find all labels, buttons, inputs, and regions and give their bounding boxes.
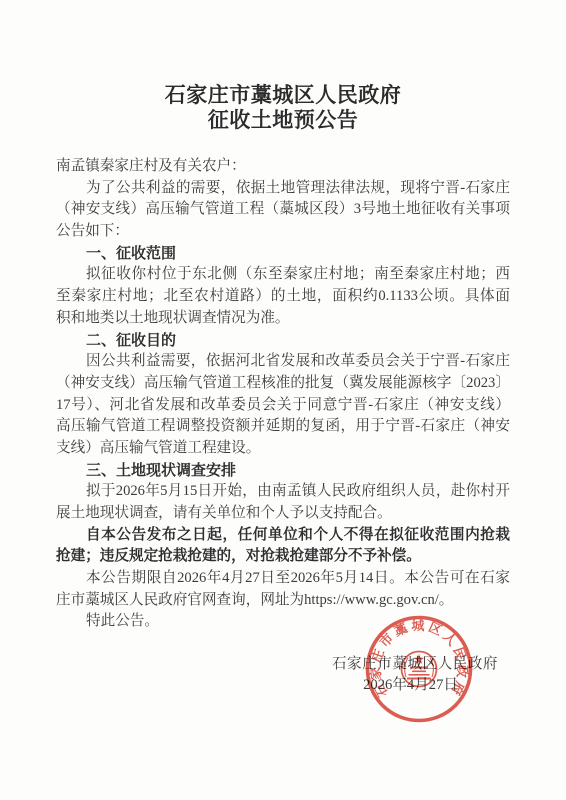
paragraph: 因公共利益需要，依据河北省发展和改革委员会关于宁晋-石家庄（神安支线）高压输气管…	[56, 351, 510, 459]
text-line: 17号）、河北省发展和改革委员会关于同意宁晋-石家庄（神安支线）	[56, 395, 510, 417]
text-line: 一、征收范围	[56, 243, 510, 265]
signature: 石家庄市藁城区人民政府	[56, 654, 510, 676]
text-line: 二、征收目的	[56, 330, 510, 352]
paragraphs-container: 为了公共利益的需要，依据土地管理法律法规，现将宁晋-石家庄（神安支线）高压输气管…	[56, 178, 510, 633]
text-line: 因公共利益需要，依据河北省发展和改革委员会关于宁晋-石家庄	[56, 351, 510, 373]
text-line: （神安支线）高压输气管道工程（藁城区段）3号地土地征收有关事项	[56, 199, 510, 221]
text-line: 为了公共利益的需要，依据土地管理法律法规，现将宁晋-石家庄	[56, 178, 510, 200]
text-line: 支线）高压输气管道工程建设。	[56, 438, 510, 460]
text-line: 庄市藁城区人民政府官网查询，网址为https://www.gc.gov.cn/。	[56, 590, 510, 612]
text-line: 展土地现状调查，请有关单位和个人予以支持配合。	[56, 503, 510, 525]
text-line: 抢建；违反规定抢栽抢建的，对抢栽抢建部分不予补偿。	[56, 546, 510, 568]
text-line: 公告如下：	[56, 221, 510, 243]
title-line-1: 石家庄市藁城区人民政府	[0, 83, 566, 108]
paragraph: 自本公告发布之日起，任何单位和个人不得在拟征收范围内抢栽抢建；违反规定抢栽抢建的…	[56, 525, 510, 568]
text-line: 特此公告。	[56, 611, 510, 633]
text-line: 本公告期限自2026年4月27日至2026年5月14日。本公告可在石家	[56, 568, 510, 590]
text-line: 拟于2026年5月15日开始，由南孟镇人民政府组织人员，赴你村开	[56, 481, 510, 503]
document-title: 石家庄市藁城区人民政府 征收土地预公告	[0, 83, 566, 133]
text-line: 自本公告发布之日起，任何单位和个人不得在拟征收范围内抢栽	[56, 525, 510, 547]
document-body: 南孟镇秦家庄村及有关农户： 为了公共利益的需要，依据土地管理法律法规，现将宁晋-…	[56, 156, 510, 697]
paragraph: 拟于2026年5月15日开始，由南孟镇人民政府组织人员，赴你村开展土地现状调查，…	[56, 481, 510, 524]
paragraph: 特此公告。	[56, 611, 510, 633]
title-line-2: 征收土地预公告	[0, 108, 566, 133]
paragraph: 本公告期限自2026年4月27日至2026年5月14日。本公告可在石家庄市藁城区…	[56, 568, 510, 611]
blank-line	[56, 633, 510, 654]
signature-date: 2026年4月27日	[56, 675, 510, 697]
text-line: 拟征收你村位于东北侧（东至秦家庄村地；南至秦家庄村地；西	[56, 264, 510, 286]
text-line: 高压输气管道工程调整投资额并延期的复函，用于宁晋-石家庄（神安	[56, 416, 510, 438]
paragraph: 拟征收你村位于东北侧（东至秦家庄村地；南至秦家庄村地；西至秦家庄村地；北至农村道…	[56, 264, 510, 329]
section-heading: 二、征收目的	[56, 330, 510, 352]
salutation: 南孟镇秦家庄村及有关农户：	[56, 156, 510, 178]
document-page: 石家庄市藁城区人民政府 征收土地预公告 南孟镇秦家庄村及有关农户： 为了公共利益…	[0, 0, 566, 800]
section-heading: 三、土地现状调查安排	[56, 460, 510, 482]
paragraph: 为了公共利益的需要，依据土地管理法律法规，现将宁晋-石家庄（神安支线）高压输气管…	[56, 178, 510, 243]
text-line: 积和地类以土地现状调查情况为准。	[56, 308, 510, 330]
text-line: 三、土地现状调查安排	[56, 460, 510, 482]
text-line: （神安支线）高压输气管道工程核准的批复（冀发展能源核字〔2023〕	[56, 373, 510, 395]
text-line: 至秦家庄村地；北至农村道路）的土地，面积约0.1133公顷。具体面	[56, 286, 510, 308]
section-heading: 一、征收范围	[56, 243, 510, 265]
